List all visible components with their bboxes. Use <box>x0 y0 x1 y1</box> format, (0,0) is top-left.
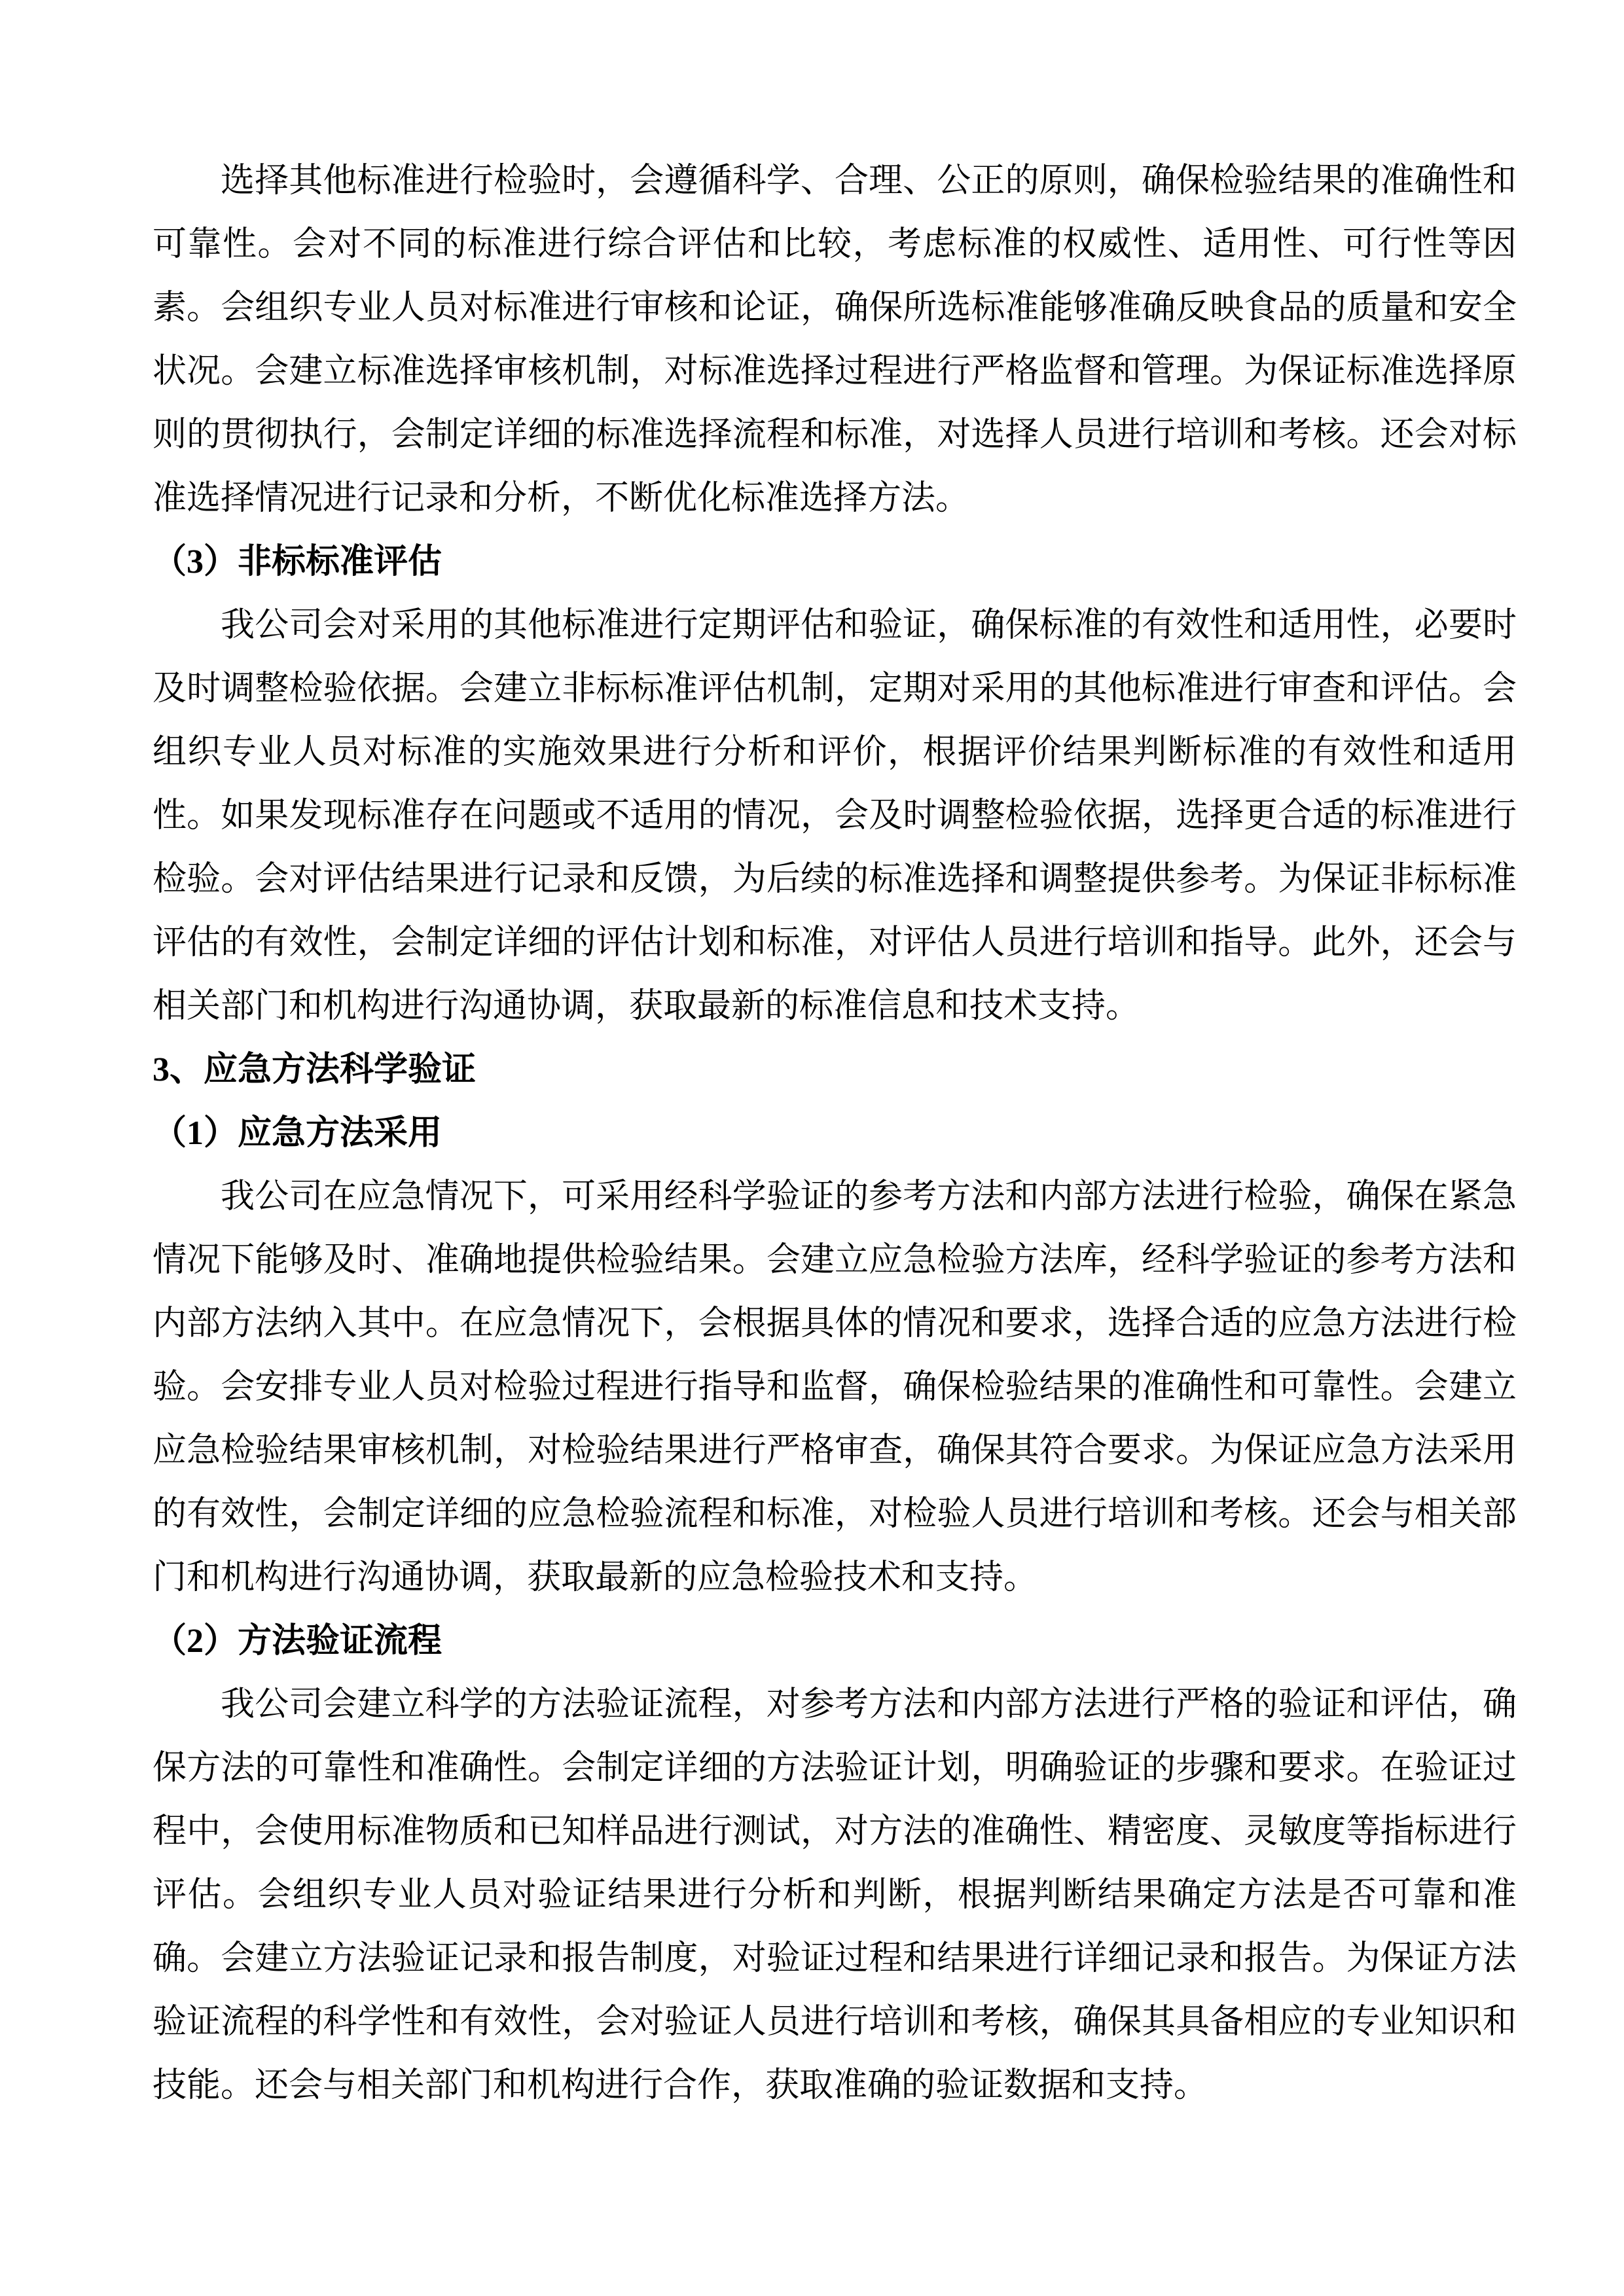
paragraph-line: 检验。会对评估结果进行记录和反馈，为后续的标准选择和调整提供参考。为保证非标标准 <box>153 848 1517 911</box>
paragraph-line: 程中，会使用标准物质和已知样品进行测试，对方法的准确性、精密度、灵敏度等指标进行 <box>153 1800 1517 1863</box>
section-heading-nonstandard-evaluation: （3）非标标准评估 <box>153 530 1517 594</box>
paragraph-line: 内部方法纳入其中。在应急情况下，会根据具体的情况和要求，选择合适的应急方法进行检 <box>153 1292 1517 1355</box>
section-heading-emergency-method-validation: 3、应急方法科学验证 <box>153 1038 1517 1102</box>
paragraph-line: 确。会建立方法验证记录和报告制度，对验证过程和结果进行详细记录和报告。为保证方法 <box>153 1927 1517 1990</box>
paragraph-line: 我公司会对采用的其他标准进行定期评估和验证，确保标准的有效性和适用性，必要时 <box>153 594 1517 657</box>
paragraph-line: 性。如果发现标准存在问题或不适用的情况，会及时调整检验依据，选择更合适的标准进行 <box>153 784 1517 848</box>
paragraph-line: 我公司在应急情况下，可采用经科学验证的参考方法和内部方法进行检验，确保在紧急 <box>153 1165 1517 1229</box>
paragraph-line: 则的贯彻执行，会制定详细的标准选择流程和标准，对选择人员进行培训和考核。还会对标 <box>153 403 1517 467</box>
paragraph-line: 验。会安排专业人员对检验过程进行指导和监督，确保检验结果的准确性和可靠性。会建立 <box>153 1355 1517 1419</box>
section-heading-method-validation-process: （2）方法验证流程 <box>153 1609 1517 1673</box>
paragraph-line: 及时调整检验依据。会建立非标标准评估机制，定期对采用的其他标准进行审查和评估。会 <box>153 657 1517 721</box>
paragraph-line: 评估的有效性，会制定详细的评估计划和标准，对评估人员进行培训和指导。此外，还会与 <box>153 911 1517 975</box>
document-page: 选择其他标准进行检验时，会遵循科学、合理、公正的原则，确保检验结果的准确性和 可… <box>0 0 1624 2296</box>
paragraph-line: 可靠性。会对不同的标准进行综合评估和比较，考虑标准的权威性、适用性、可行性等因 <box>153 213 1517 276</box>
paragraph-line: 评估。会组织专业人员对验证结果进行分析和判断，根据判断结果确定方法是否可靠和准 <box>153 1863 1517 1927</box>
paragraph-line: 准选择情况进行记录和分析，不断优化标准选择方法。 <box>153 467 1517 530</box>
text-block: 选择其他标准进行检验时，会遵循科学、合理、公正的原则，确保检验结果的准确性和 可… <box>0 0 1624 2117</box>
paragraph-line: 门和机构进行沟通协调，获取最新的应急检验技术和支持。 <box>153 1546 1517 1609</box>
paragraph-line: 技能。还会与相关部门和机构进行合作，获取准确的验证数据和支持。 <box>153 2054 1517 2117</box>
paragraph-line: 情况下能够及时、准确地提供检验结果。会建立应急检验方法库，经科学验证的参考方法和 <box>153 1229 1517 1292</box>
paragraph-line: 验证流程的科学性和有效性，会对验证人员进行培训和考核，确保其具备相应的专业知识和 <box>153 1990 1517 2054</box>
paragraph-line: 素。会组织专业人员对标准进行审核和论证，确保所选标准能够准确反映食品的质量和安全 <box>153 276 1517 340</box>
section-heading-emergency-method-adoption: （1）应急方法采用 <box>153 1102 1517 1165</box>
paragraph-line: 相关部门和机构进行沟通协调，获取最新的标准信息和技术支持。 <box>153 975 1517 1038</box>
paragraph-line: 应急检验结果审核机制，对检验结果进行严格审查，确保其符合要求。为保证应急方法采用 <box>153 1419 1517 1482</box>
paragraph-line: 组织专业人员对标准的实施效果进行分析和评价，根据评价结果判断标准的有效性和适用 <box>153 721 1517 784</box>
paragraph-line: 保方法的可靠性和准确性。会制定详细的方法验证计划，明确验证的步骤和要求。在验证过 <box>153 1736 1517 1800</box>
paragraph-line: 状况。会建立标准选择审核机制，对标准选择过程进行严格监督和管理。为保证标准选择原 <box>153 340 1517 403</box>
paragraph-line: 我公司会建立科学的方法验证流程，对参考方法和内部方法进行严格的验证和评估，确 <box>153 1673 1517 1736</box>
paragraph-line: 的有效性，会制定详细的应急检验流程和标准，对检验人员进行培训和考核。还会与相关部 <box>153 1482 1517 1546</box>
paragraph-line: 选择其他标准进行检验时，会遵循科学、合理、公正的原则，确保检验结果的准确性和 <box>153 149 1517 213</box>
